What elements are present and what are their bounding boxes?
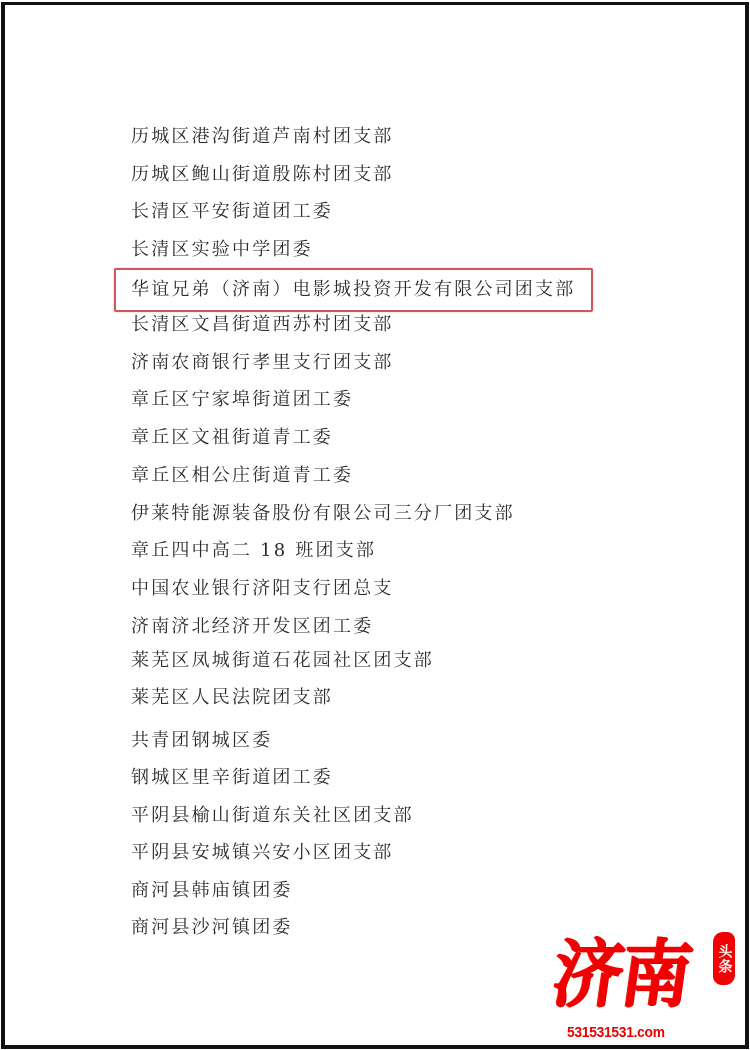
list-item: 商河县韩庙镇团委	[131, 879, 293, 903]
list-item-highlighted: 华谊兄弟（济南）电影城投资开发有限公司团支部	[131, 278, 575, 302]
list-item: 历城区港沟街道芦南村团支部	[131, 125, 394, 149]
list-item: 商河县沙河镇团委	[131, 916, 293, 940]
list-item: 共青团钢城区委	[131, 729, 272, 753]
list-item: 历城区鲍山街道殷陈村团支部	[131, 163, 394, 187]
list-item: 章丘区宁家埠街道团工委	[131, 388, 353, 412]
highlighted-item-box: 华谊兄弟（济南）电影城投资开发有限公司团支部	[114, 268, 593, 312]
list-item: 济南农商银行孝里支行团支部	[131, 351, 394, 375]
list-item: 中国农业银行济阳支行团总支	[131, 577, 394, 601]
list-item: 莱芜区人民法院团支部	[131, 686, 333, 710]
list-item: 莱芜区凤城街道石花园社区团支部	[131, 649, 434, 673]
list-item: 章丘区相公庄街道青工委	[131, 464, 353, 488]
name-list: 历城区港沟街道芦南村团支部 历城区鲍山街道殷陈村团支部 长清区平安街道团工委 长…	[0, 0, 750, 1050]
list-item: 长清区文昌街道西苏村团支部	[131, 313, 394, 337]
list-item: 平阴县榆山街道东关社区团支部	[131, 804, 414, 828]
logo-seal-badge: 头条	[713, 932, 735, 985]
logo-calligraphy-text: 济南	[547, 927, 696, 1022]
list-item: 长清区实验中学团委	[131, 238, 313, 262]
list-item: 平阴县安城镇兴安小区团支部	[131, 841, 394, 865]
list-item: 章丘区文祖街道青工委	[131, 426, 333, 450]
list-item: 钢城区里辛街道团工委	[131, 766, 333, 790]
jinan-toutiao-watermark-logo: 济南 头条 531531531.com	[558, 925, 743, 1043]
list-item: 章丘四中高二 18 班团支部	[131, 539, 376, 563]
list-item: 长清区平安街道团工委	[131, 200, 333, 224]
logo-url-text: 531531531.com	[567, 1025, 665, 1041]
list-item: 伊莱特能源装备股份有限公司三分厂团支部	[131, 502, 515, 526]
list-item: 济南济北经济开发区团工委	[131, 615, 373, 639]
